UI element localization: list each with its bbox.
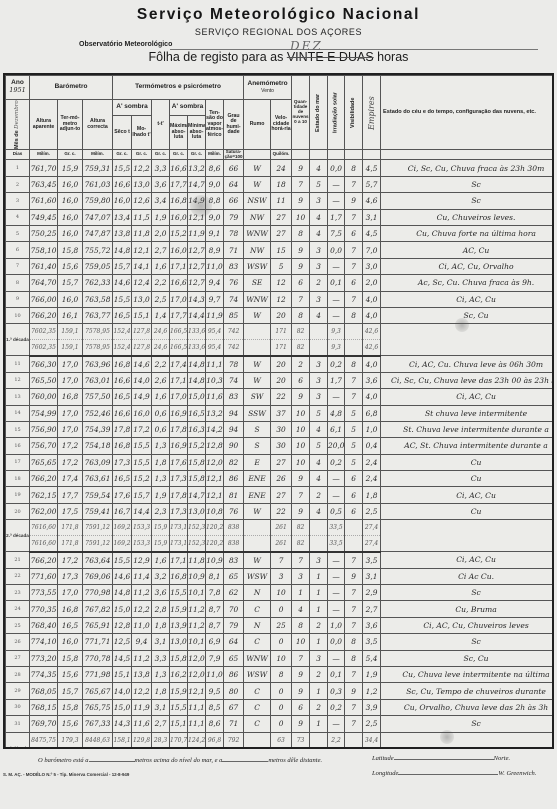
t_adj-cell: 17,0 — [58, 421, 83, 437]
vis-cell: 7 — [345, 372, 363, 388]
decade-seco-copy: 152,4 — [113, 340, 132, 356]
day-cell: 7 — [6, 258, 30, 274]
nuv-cell: 2 — [292, 356, 310, 372]
table-row: 13760,0016,8757,5016,514,91,617,015,011,… — [6, 389, 555, 405]
alt_ap-cell: 773,20 — [30, 650, 58, 666]
min-cell: 13,2 — [188, 160, 206, 176]
irr-cell: 0,2 — [328, 454, 345, 470]
vel-cell: 12 — [271, 275, 292, 291]
irr-cell: — — [328, 193, 345, 209]
table-row: 27773,2015,8770,7814,511,23,315,812,07,9… — [6, 650, 555, 666]
min-cell: 15,8 — [188, 471, 206, 487]
dif-cell: 1,4 — [152, 307, 170, 323]
dif-cell: 1,3 — [152, 438, 170, 454]
dif-cell: 1,3 — [152, 471, 170, 487]
decade-t_adj: 179,3 — [58, 732, 83, 748]
t_adj-cell: 15,7 — [58, 683, 83, 699]
molh-cell: 12,2 — [132, 683, 152, 699]
t_adj-cell: 15,7 — [58, 275, 83, 291]
obs-cell: 5,4 — [363, 650, 381, 666]
obs-cell: 4,5 — [363, 160, 381, 176]
decade-hum-copy: 838 — [224, 536, 244, 552]
rumo-cell: W — [244, 552, 271, 568]
rumo-cell: C — [244, 601, 271, 617]
observatory-label: Observatório Meteorológico — [79, 41, 172, 48]
t_adj-cell: 17,7 — [58, 487, 83, 503]
decade-rumo-copy — [244, 340, 271, 356]
decade-irr: 9,3 — [328, 324, 345, 340]
wet-bulb-header: Mo-lhado t' — [132, 116, 152, 150]
seco-cell: 16,6 — [113, 176, 132, 192]
unit-mm: Milím. — [206, 150, 224, 160]
t_adj-cell: 17,4 — [58, 471, 83, 487]
alt_cor-cell: 763,77 — [83, 307, 113, 323]
obs-cell: 0,4 — [363, 438, 381, 454]
tensao-cell: 13,2 — [206, 405, 224, 421]
molh-cell: 12,9 — [132, 552, 152, 568]
alt_ap-cell: 766,30 — [30, 356, 58, 372]
rumo-cell: ENE — [244, 471, 271, 487]
shade-header-2: A' sombra — [170, 100, 206, 116]
alt_ap-cell: 750,25 — [30, 226, 58, 242]
dif-cell: 1,9 — [152, 209, 170, 225]
dry-minus-wet-header: t-t' — [152, 100, 170, 150]
vis-cell: 7 — [345, 585, 363, 601]
alt_ap-cell: 764,70 — [30, 275, 58, 291]
seco-cell: 16,6 — [113, 405, 132, 421]
obs-cell: 4,0 — [363, 307, 381, 323]
sky-remark-cell: Sc — [381, 193, 554, 209]
unit-c: Gr. c. — [58, 150, 83, 160]
nuv-cell: 8 — [292, 617, 310, 633]
decade-hum: 742 — [224, 324, 244, 340]
max-cell: 16,9 — [170, 405, 188, 421]
max-cell: 17,1 — [170, 552, 188, 568]
irr-cell: 0,0 — [328, 242, 345, 258]
sky-remark-cell: Cu, Chuva leve intermitente na última — [381, 666, 554, 682]
decade-nuv: 82 — [292, 520, 310, 536]
mar-cell: 3 — [310, 389, 328, 405]
unit-saturation: Satura-ção=100 — [224, 150, 244, 160]
alt_ap-cell: 773,55 — [30, 585, 58, 601]
sheet-title-hours: VINTE E DUAS — [287, 50, 374, 64]
alt_ap-cell: 760,00 — [30, 389, 58, 405]
mar-cell: 1 — [310, 601, 328, 617]
tensao-cell: 11,1 — [206, 356, 224, 372]
table-row: 20762,0017,5759,4116,714,42,317,313,010,… — [6, 503, 555, 519]
decade-dif: 15,9 — [152, 520, 170, 536]
min-cell: 16,3 — [188, 421, 206, 437]
hum-cell: 85 — [224, 307, 244, 323]
rumo-cell: SE — [244, 275, 271, 291]
vis-cell: 6 — [345, 471, 363, 487]
alt_ap-cell: 761,40 — [30, 258, 58, 274]
day-cell: 4 — [6, 209, 30, 225]
dif-cell: 1,6 — [152, 552, 170, 568]
hum-cell: 65 — [224, 568, 244, 584]
mar-cell: 3 — [310, 291, 328, 307]
irr-cell: 1,7 — [328, 209, 345, 225]
tensao-cell: 10,9 — [206, 552, 224, 568]
decade-mar-copy — [310, 748, 328, 749]
decade-rumo-copy — [244, 748, 271, 749]
mar-cell: 5 — [310, 176, 328, 192]
max-cell: 17,0 — [170, 389, 188, 405]
alt_ap-cell: 756,70 — [30, 438, 58, 454]
decade-alt_ap: 8475,75 — [30, 732, 58, 748]
mar-cell: 2 — [310, 617, 328, 633]
min-cell: 12,0 — [188, 666, 206, 682]
decade-vel: 261 — [271, 520, 292, 536]
decade-max: 166,5 — [170, 324, 188, 340]
tensao-cell: 8,6 — [206, 716, 224, 732]
alt_ap-cell: 765,50 — [30, 372, 58, 388]
sky-remark-cell: Ci, AC, Cu — [381, 552, 554, 568]
dif-cell: 3,1 — [152, 634, 170, 650]
hum-cell: 62 — [224, 585, 244, 601]
alt_cor-cell: 765,75 — [83, 699, 113, 715]
vis-cell: 7 — [345, 552, 363, 568]
nuv-cell: 9 — [292, 666, 310, 682]
vel-cell: 20 — [271, 356, 292, 372]
nuv-cell: 7 — [292, 650, 310, 666]
nuv-cell: 10 — [292, 634, 310, 650]
vis-cell: 5 — [345, 421, 363, 437]
rumo-cell: WSW — [244, 258, 271, 274]
decade-vis — [345, 324, 363, 340]
alt_ap-cell: 763,45 — [30, 176, 58, 192]
vis-cell: 9 — [345, 193, 363, 209]
alt_ap-cell: 774,35 — [30, 666, 58, 682]
alt_ap-cell: 774,10 — [30, 634, 58, 650]
min-cell: 14,8 — [188, 356, 206, 372]
sky-remark-cell: Ci, Sc, Cu, Chuva fraca às 23h 30m — [381, 160, 554, 176]
decade-irr-copy: 9,3 — [328, 340, 345, 356]
vel-cell: 7 — [271, 552, 292, 568]
molh-cell: 11,8 — [132, 226, 152, 242]
irr-cell: 20,0 — [328, 438, 345, 454]
max-cell: 15,9 — [170, 601, 188, 617]
vel-cell: 22 — [271, 389, 292, 405]
hum-cell: 79 — [224, 209, 244, 225]
vel-cell: 10 — [271, 585, 292, 601]
vel-cell: 20 — [271, 372, 292, 388]
rumo-cell: W — [244, 356, 271, 372]
molh-cell: 14,4 — [132, 503, 152, 519]
obs-cell: 6,8 — [363, 405, 381, 421]
mar-cell: 3 — [310, 650, 328, 666]
vel-cell: 24 — [271, 160, 292, 176]
seco-cell: 14,6 — [113, 568, 132, 584]
sky-remark-cell: Cu, Bruma — [381, 601, 554, 617]
tensao-cell: 7,9 — [206, 650, 224, 666]
alt_cor-cell: 754,18 — [83, 438, 113, 454]
molh-cell: 13,0 — [132, 176, 152, 192]
seco-cell: 15,5 — [113, 291, 132, 307]
decade-max-copy: 173,1 — [170, 536, 188, 552]
table-row: 26774,1016,0771,7112,59,43,113,010,16,96… — [6, 634, 555, 650]
vis-cell: 7 — [345, 176, 363, 192]
seco-cell: 16,5 — [113, 389, 132, 405]
vel-cell: 27 — [271, 454, 292, 470]
rumo-cell: E — [244, 454, 271, 470]
alt_ap-cell: 762,15 — [30, 487, 58, 503]
max-cell: 17,1 — [170, 372, 188, 388]
min-cell: 11,1 — [188, 699, 206, 715]
hum-cell: 76 — [224, 503, 244, 519]
vis-cell: 8 — [345, 356, 363, 372]
dif-cell: 1,8 — [152, 454, 170, 470]
table-row: 12765,5017,0763,0116,614,02,617,114,810,… — [6, 372, 555, 388]
alt_cor-cell: 763,96 — [83, 356, 113, 372]
rumo-cell: C — [244, 699, 271, 715]
t_adj-cell: 15,8 — [58, 242, 83, 258]
decade-molh: 129,8 — [132, 732, 152, 748]
vis-cell: 9 — [345, 568, 363, 584]
alt_ap-cell: 770,35 — [30, 601, 58, 617]
day-cell: 11 — [6, 356, 30, 372]
rumo-cell: NW — [244, 242, 271, 258]
sky-remark-cell: Ci, AC, Cu, Orvalho — [381, 258, 554, 274]
tensao-cell: 11,9 — [206, 307, 224, 323]
alt_cor-cell: 769,06 — [83, 568, 113, 584]
irr-cell: — — [328, 568, 345, 584]
day-cell: 17 — [6, 454, 30, 470]
observation-table: Ano1951 Barómetro Termómetros e psicróme… — [5, 75, 554, 749]
decade-nuv: 73 — [292, 732, 310, 748]
alt_cor-cell: 759,05 — [83, 258, 113, 274]
vis-cell: 9 — [345, 683, 363, 699]
table-row: 16756,7017,2754,1816,815,51,316,915,212,… — [6, 438, 555, 454]
irr-cell: 0,1 — [328, 275, 345, 291]
decade-label: 2.ª década — [6, 520, 30, 552]
alt_cor-cell: 770,78 — [83, 650, 113, 666]
molh-cell: 14,9 — [132, 389, 152, 405]
decade-dif: 28,3 — [152, 732, 170, 748]
rumo-cell: SSW — [244, 405, 271, 421]
decade-alt_ap: 7602,35 — [30, 324, 58, 340]
min-cell: 16,5 — [188, 405, 206, 421]
dif-cell: 2,7 — [152, 242, 170, 258]
table-row: 7761,4015,6759,0515,714,11,617,112,711,0… — [6, 258, 555, 274]
corrected-height-header: Altura correcta — [83, 100, 113, 150]
dif-cell: 2,0 — [152, 226, 170, 242]
year-value: 1951 — [9, 86, 26, 94]
max-cell: 17,3 — [170, 503, 188, 519]
nuv-cell: 6 — [292, 372, 310, 388]
tensao-cell: 6,9 — [206, 634, 224, 650]
mar-cell: 4 — [310, 209, 328, 225]
alt_ap-cell: 768,40 — [30, 617, 58, 633]
min-cell: 14,8 — [188, 372, 206, 388]
molh-cell: 15,1 — [132, 307, 152, 323]
dif-cell: 3,1 — [152, 699, 170, 715]
humidity-header: Grau de humi-dade — [224, 100, 244, 150]
min-cell: 12,7 — [188, 242, 206, 258]
max-cell: 16,0 — [170, 242, 188, 258]
barometer-header: Barómetro — [30, 76, 113, 100]
alt_ap-cell: 766,20 — [30, 471, 58, 487]
irr-cell: 0,3 — [328, 683, 345, 699]
min-cell: 14,9 — [188, 193, 206, 209]
decade-alt_cor-copy: 7591,12 — [83, 536, 113, 552]
decade-nuv-copy: 73 — [292, 748, 310, 749]
obs-cell: 2,4 — [363, 454, 381, 470]
molh-cell: 11,4 — [132, 568, 152, 584]
min-cell: 11,8 — [188, 552, 206, 568]
alt_cor-cell: 763,09 — [83, 454, 113, 470]
day-cell: 20 — [6, 503, 30, 519]
irr-cell: 6,1 — [328, 421, 345, 437]
mar-cell: 3 — [310, 372, 328, 388]
decade-hum: 792 — [224, 732, 244, 748]
obs-cell: 1,0 — [363, 421, 381, 437]
sky-remark-cell: St chuva leve intermitente — [381, 405, 554, 421]
nuv-cell: 9 — [292, 716, 310, 732]
decade-tensao: 95,4 — [206, 324, 224, 340]
decade-mar-copy — [310, 536, 328, 552]
day-cell: 25 — [6, 617, 30, 633]
tensao-cell: 8,6 — [206, 160, 224, 176]
tensao-cell: 12,1 — [206, 487, 224, 503]
rumo-cell: W — [244, 176, 271, 192]
max-cell: 17,6 — [170, 454, 188, 470]
t_adj-cell: 16,5 — [58, 617, 83, 633]
vis-cell: 8 — [345, 307, 363, 323]
day-cell: 15 — [6, 421, 30, 437]
nuv-cell: 7 — [292, 552, 310, 568]
obs-cell: 3,0 — [363, 258, 381, 274]
min-cell: 13,0 — [188, 503, 206, 519]
seco-cell: 16,8 — [113, 438, 132, 454]
t_adj-cell: 16,0 — [58, 634, 83, 650]
molh-cell: 15,2 — [132, 471, 152, 487]
decade-vis — [345, 732, 363, 748]
mar-cell: 2 — [310, 487, 328, 503]
sky-remark-cell: Sc — [381, 716, 554, 732]
decade-obs: 34,4 — [363, 732, 381, 748]
day-cell: 5 — [6, 226, 30, 242]
table-row: 3761,6016,0759,8016,012,63,416,814,98,86… — [6, 193, 555, 209]
min-cell: 14,7 — [188, 487, 206, 503]
obs-cell: 2,4 — [363, 471, 381, 487]
max-cell: 17,3 — [170, 471, 188, 487]
seco-cell: 14,8 — [113, 242, 132, 258]
molh-cell: 11,2 — [132, 585, 152, 601]
min-cell: 11,1 — [188, 716, 206, 732]
day-cell: 2 — [6, 176, 30, 192]
decade-mar — [310, 324, 328, 340]
vel-cell: 18 — [271, 176, 292, 192]
unit-mm: Milím. — [30, 150, 58, 160]
dif-cell: 2,3 — [152, 503, 170, 519]
tensao-cell: 8,1 — [206, 568, 224, 584]
t_adj-cell: 15,6 — [58, 666, 83, 682]
max-cell: 16,8 — [170, 193, 188, 209]
month-header: Mês de Dezembro — [6, 100, 30, 150]
unit-c: Gr. c. — [170, 150, 188, 160]
vel-cell: 30 — [271, 438, 292, 454]
obs-cell: 7,0 — [363, 242, 381, 258]
obs-cell: 3,5 — [363, 634, 381, 650]
alt_ap-cell: 756,90 — [30, 421, 58, 437]
hum-cell: 86 — [224, 471, 244, 487]
dif-cell: 3,2 — [152, 568, 170, 584]
hum-cell: 64 — [224, 634, 244, 650]
vel-cell: 0 — [271, 716, 292, 732]
alt_cor-cell: 759,80 — [83, 193, 113, 209]
min-cell: 11,2 — [188, 601, 206, 617]
vel-cell: 20 — [271, 307, 292, 323]
day-cell: 13 — [6, 389, 30, 405]
decade-nuv-copy: 82 — [292, 340, 310, 356]
molh-cell: 14,1 — [132, 258, 152, 274]
seco-cell: 14,0 — [113, 683, 132, 699]
day-cell: 19 — [6, 487, 30, 503]
mar-cell: 4 — [310, 454, 328, 470]
decade-vel-copy: 63 — [271, 748, 292, 749]
obs-cell: 4,0 — [363, 356, 381, 372]
decade-1-summary: 1.ª década7602,35159,17578,95152,4127,82… — [6, 324, 555, 356]
t_adj-cell: 16,0 — [58, 176, 83, 192]
alt_ap-cell: 761,70 — [30, 160, 58, 176]
obs-cell: 4,0 — [363, 291, 381, 307]
vel-cell: 0 — [271, 634, 292, 650]
table-row: 24770,3516,8767,8215,012,22,815,911,28,7… — [6, 601, 555, 617]
mar-cell: 4 — [310, 160, 328, 176]
tensao-cell: 9,5 — [206, 683, 224, 699]
alt_ap-cell: 749,45 — [30, 209, 58, 225]
tensao-cell: 8,8 — [206, 193, 224, 209]
alt_ap-cell: 768,05 — [30, 683, 58, 699]
decade-vel: 171 — [271, 324, 292, 340]
irr-cell: — — [328, 585, 345, 601]
decade-vel-copy: 261 — [271, 536, 292, 552]
t_adj-cell: 16,0 — [58, 226, 83, 242]
decade-t_adj: 171,8 — [58, 520, 83, 536]
sky-remark-cell: Ac, Sc, Cu. Chuva fraca às 9h. — [381, 275, 554, 291]
sky-remark-cell: Ci, AC, Cu — [381, 487, 554, 503]
alt_cor-cell: 755,72 — [83, 242, 113, 258]
day-cell: 6 — [6, 242, 30, 258]
dif-cell: 1,6 — [152, 258, 170, 274]
max-cell: 16,0 — [170, 209, 188, 225]
decade-min: 124,2 — [188, 732, 206, 748]
obs-cell: 3,1 — [363, 568, 381, 584]
unit-c: Gr. c. — [132, 150, 152, 160]
shade-header-1: A' sombra — [113, 100, 152, 116]
mar-cell: 3 — [310, 242, 328, 258]
decade-seco: 152,4 — [113, 324, 132, 340]
min-cell: 14,4 — [188, 307, 206, 323]
decade-2-rows: 11766,3017,0763,9616,814,62,217,414,811,… — [6, 356, 555, 520]
mar-cell: 3 — [310, 356, 328, 372]
decade-hum: 838 — [224, 520, 244, 536]
min-cell: 15,8 — [188, 454, 206, 470]
rumo-cell: S — [244, 421, 271, 437]
decade-max-copy: 170,7 — [170, 748, 188, 749]
alt_ap-cell: 758,10 — [30, 242, 58, 258]
hum-cell: 83 — [224, 552, 244, 568]
decade-seco-copy: 158,1 — [113, 748, 132, 749]
day-cell: 23 — [6, 585, 30, 601]
table-row: 2763,4516,0761,0316,613,03,617,714,79,06… — [6, 176, 555, 192]
vel-cell: 0 — [271, 683, 292, 699]
sky-remark-cell: St. Chuva leve intermitente durante a — [381, 421, 554, 437]
mar-cell: 4 — [310, 307, 328, 323]
decade-obs: 27,4 — [363, 520, 381, 536]
min-cell: 10,9 — [188, 568, 206, 584]
